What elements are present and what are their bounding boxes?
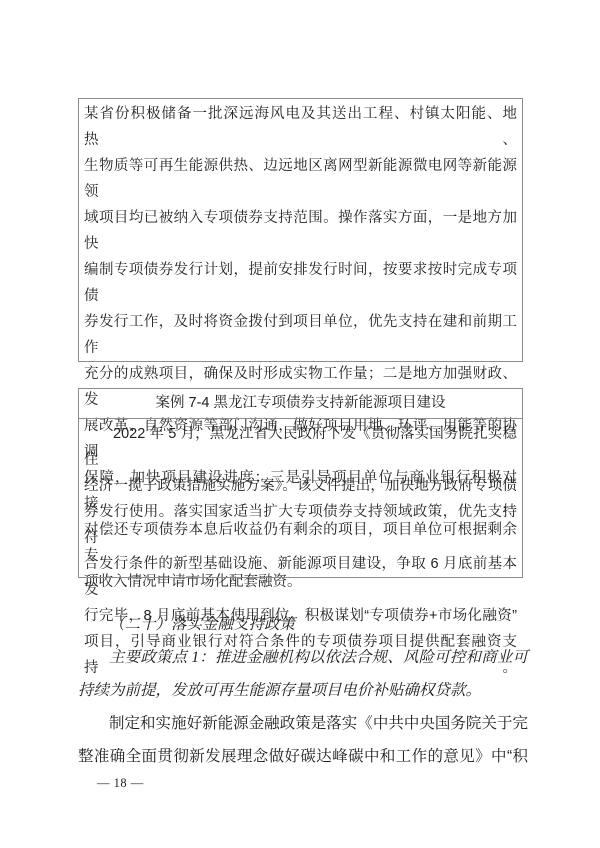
section-heading: （二十）落实金融支持政策 (78, 608, 528, 641)
case-box-line: 合发行条件的新型基础设施、新能源项目建设，争取 6 月底前基本发 (84, 551, 517, 603)
policy-point-line: 主要政策点 1：推进金融机构以依法合规、风险可控和商业可 (78, 641, 528, 674)
page-number: — 18 — (97, 776, 144, 791)
case-box-line: 2022 年 5 月，黑龙江省人民政府下发《贯彻落实国务院扎实稳住 (84, 421, 517, 473)
paragraph-line: 域项目均已被纳入专项债券支持范围。操作落实方面，一是地方加快 (84, 205, 517, 257)
body-paragraph-line: 整准确全面贯彻新发展理念做好碳达峰碳中和工作的意见》中“积 (78, 740, 528, 773)
case-box-line: 经济一揽子政策措施实施方案》。该文件提出，加快地方政府专项债 (84, 473, 517, 499)
paragraph-line: 券发行工作，及时将资金拨付到项目单位，优先支持在建和前期工作 (84, 309, 517, 361)
body-paragraph-line: 制定和实施好新能源金融政策是落实《中共中央国务院关于完 (78, 707, 528, 740)
case-box-title: 案例 7-4 黑龙江专项债券支持新能源项目建设 (79, 389, 522, 419)
case-study-box: 案例 7-4 黑龙江专项债券支持新能源项目建设 2022 年 5 月，黑龙江省人… (78, 388, 523, 578)
policy-point-line: 持续为前提，发放可再生能源存量项目电价补贴确权贷款。 (78, 674, 528, 707)
continuation-paragraph-box: 某省份积极储备一批深远海风电及其送出工程、村镇太阳能、地热、 生物质等可再生能源… (78, 98, 523, 362)
case-box-line: 券发行使用。落实国家适当扩大专项债券支持领域政策，优先支持符 (84, 499, 517, 551)
paragraph-line: 编制专项债券发行计划，提前安排发行时间，按要求按时完成专项债 (84, 257, 517, 309)
section-content: （二十）落实金融支持政策 主要政策点 1：推进金融机构以依法合规、风险可控和商业… (78, 608, 528, 773)
paragraph-line: 某省份积极储备一批深远海风电及其送出工程、村镇太阳能、地热、 (84, 101, 517, 153)
document-page: 某省份积极储备一批深远海风电及其送出工程、村镇太阳能、地热、 生物质等可再生能源… (0, 0, 600, 848)
paragraph-line: 生物质等可再生能源供热、边远地区离网型新能源微电网等新能源领 (84, 153, 517, 205)
